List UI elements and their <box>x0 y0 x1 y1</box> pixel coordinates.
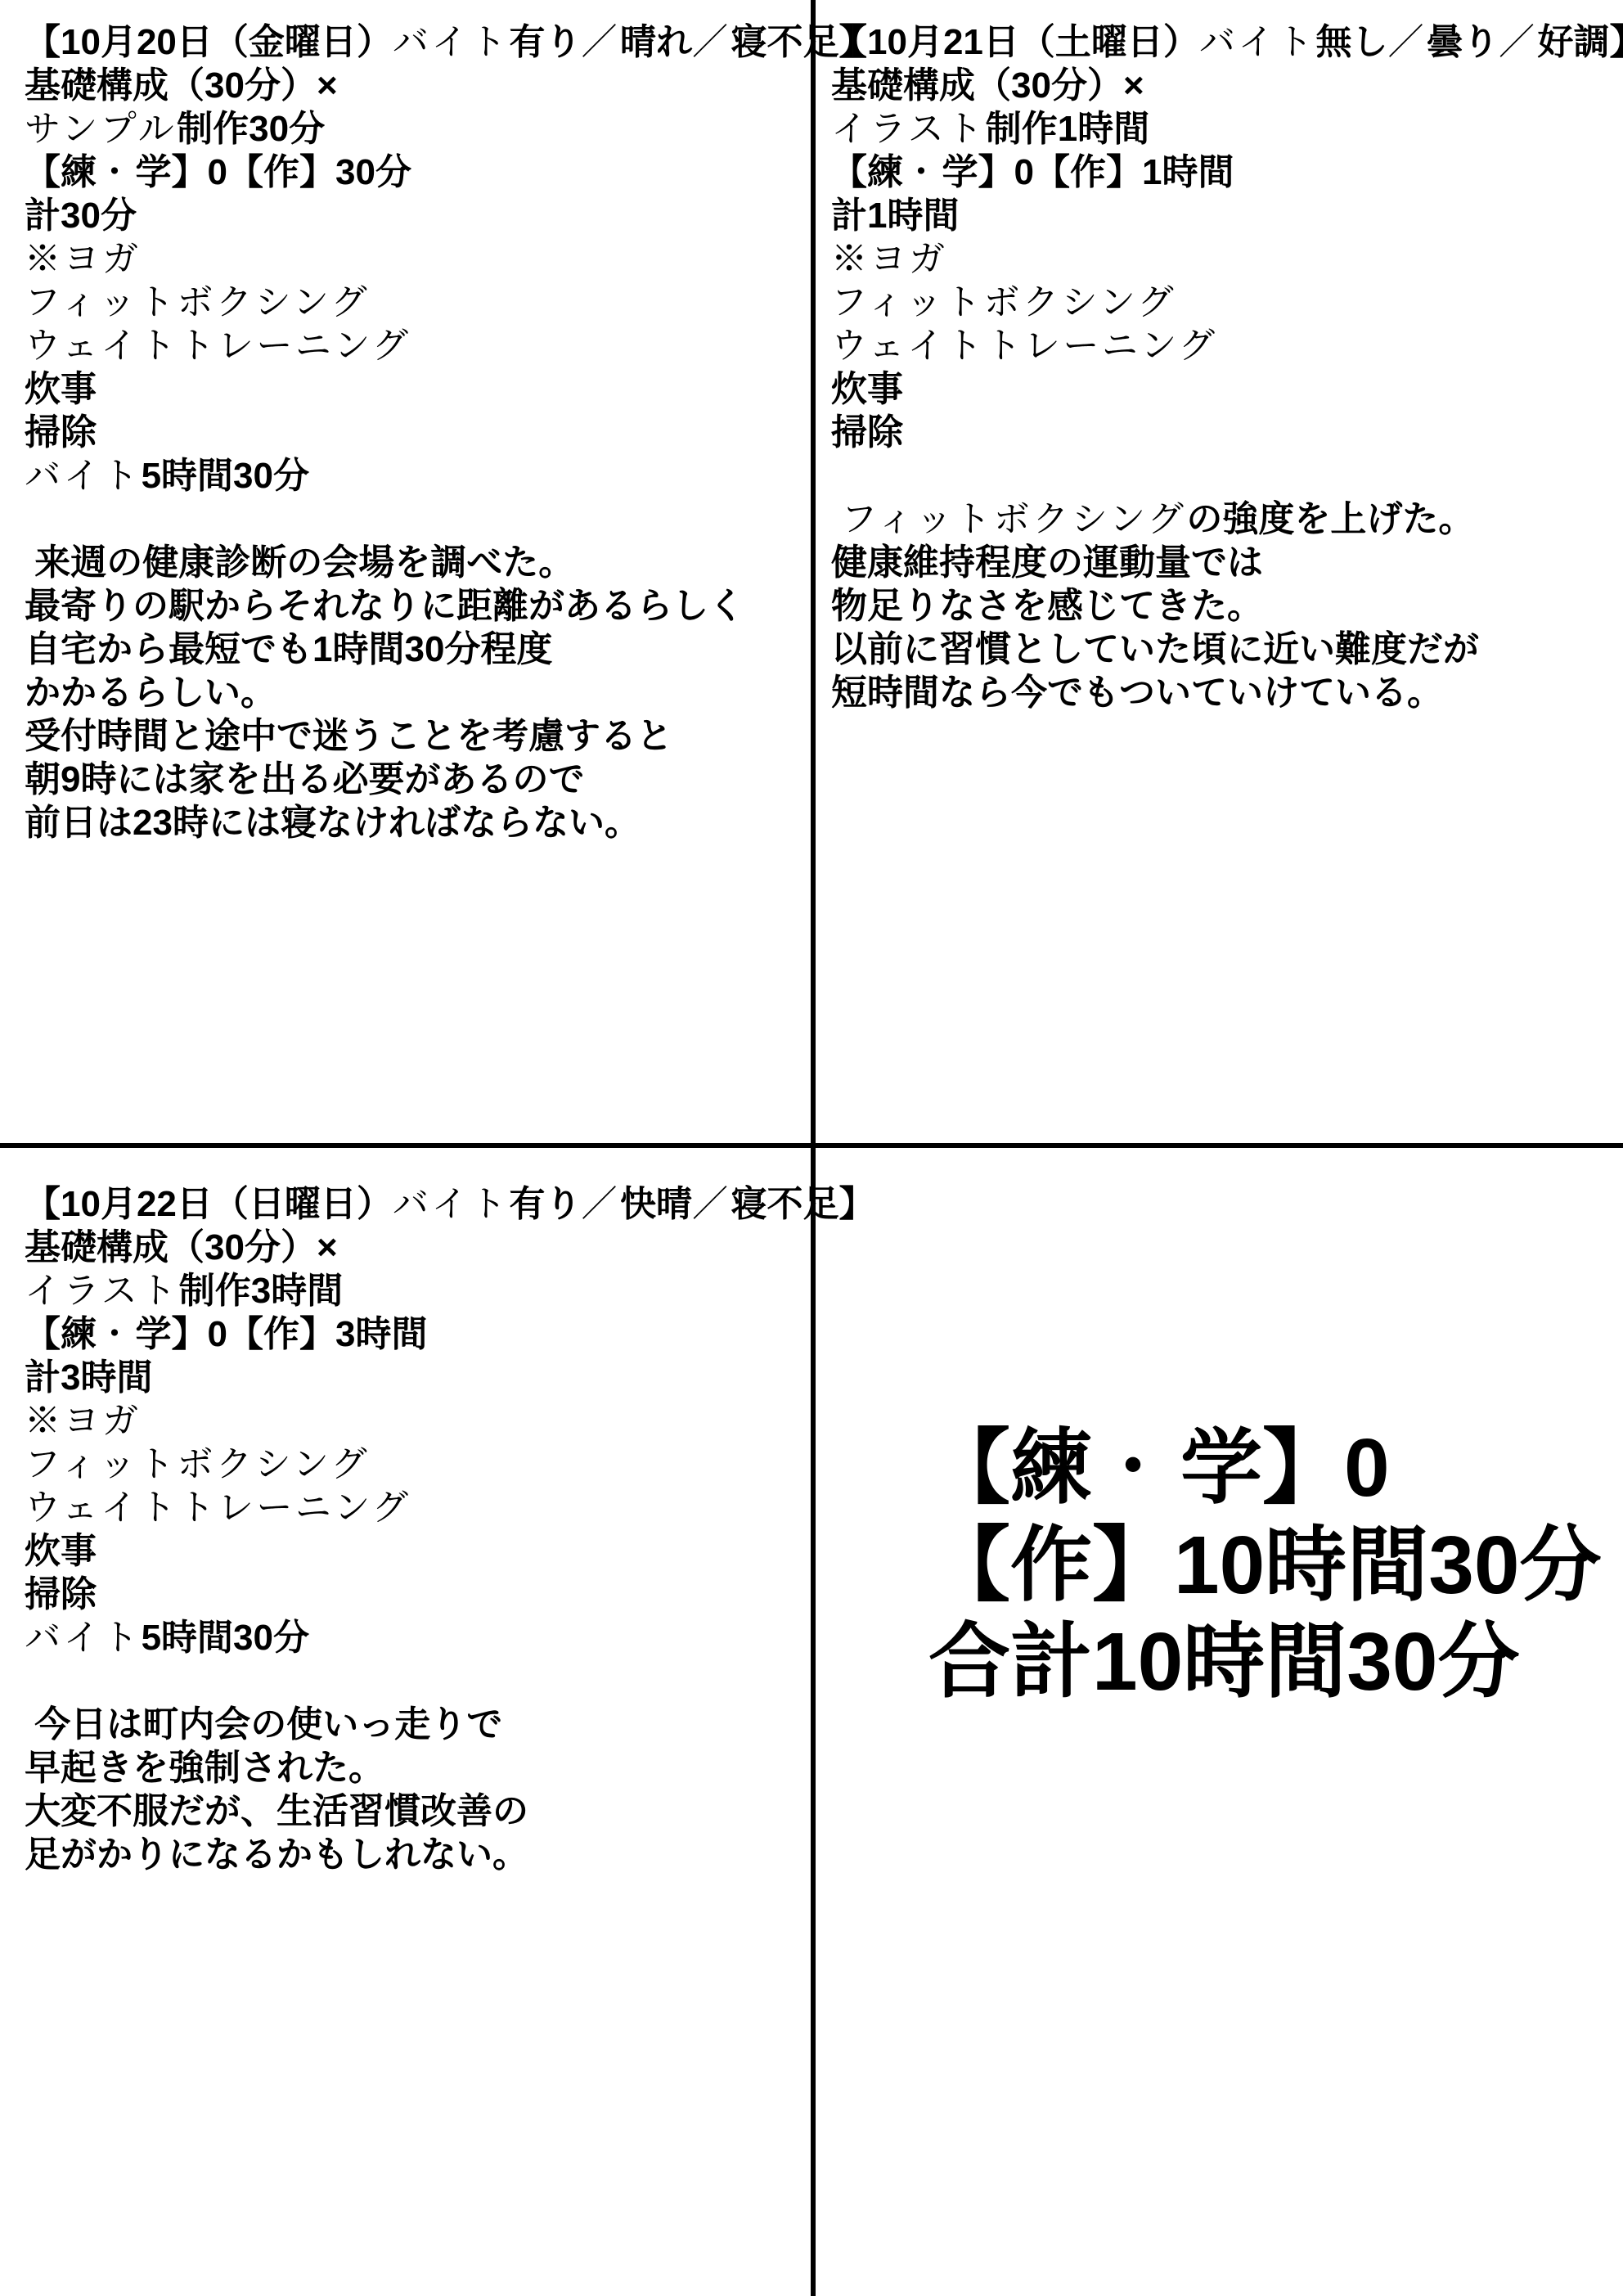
diary-line: 基礎構成（30分）× <box>831 64 1608 107</box>
diary-line: ※ヨガ <box>831 237 1608 281</box>
diary-line: フィットボクシング <box>25 1443 802 1486</box>
diary-line: 【練・学】0【作】1時間 <box>831 151 1608 194</box>
diary-line: かかるらしい。 <box>25 671 802 714</box>
diary-line: バイト5時間30分 <box>25 1616 802 1659</box>
diary-line: 足がかりになるかもしれない。 <box>25 1833 802 1876</box>
diary-line: 【練・学】0 <box>928 1420 1607 1517</box>
diary-entry-oct20: 【10月20日（金曜日）バイト有り／晴れ／寝不足】 基礎構成（30分）×サンプル… <box>25 20 802 844</box>
diary-line: 以前に習慣としていた頃に近い難度だが <box>831 628 1608 671</box>
diary-entry-oct21: 【10月21日（土曜日）バイト無し／曇り／好調】 基礎構成（30分）×イラスト制… <box>831 20 1608 714</box>
diary-line: 受付時間と途中で迷うことを考慮すると <box>25 714 802 758</box>
diary-line: 最寄りの駅からそれなりに距離があるらしく <box>25 584 802 628</box>
diary-line: 大変不服だが、生活習慣改善の <box>25 1790 802 1833</box>
diary-line: 【練・学】0【作】30分 <box>25 151 802 194</box>
diary-line: 基礎構成（30分）× <box>25 1226 802 1269</box>
diary-line: 合計10時間30分 <box>928 1614 1607 1710</box>
diary-line: 計3時間 <box>25 1356 802 1399</box>
diary-line <box>25 1659 802 1703</box>
diary-line: 物足りなさを感じてきた。 <box>831 584 1608 628</box>
diary-line: 前日は23時には寝なければならない。 <box>25 801 802 844</box>
diary-line: ウェイトトレーニング <box>831 324 1608 367</box>
diary-line: ウェイトトレーニング <box>25 1486 802 1529</box>
diary-line <box>25 497 802 541</box>
entry-body: 基礎構成（30分）×イラスト制作3時間【練・学】0【作】3時間計3時間※ヨガフィ… <box>25 1226 802 1876</box>
diary-line <box>831 454 1608 497</box>
diary-line: 計30分 <box>25 194 802 237</box>
diary-line: 自宅から最短でも1時間30分程度 <box>25 628 802 671</box>
diary-line: イラスト制作1時間 <box>831 107 1608 151</box>
entry-date-header: 【10月22日（日曜日）バイト有り／快晴／寝不足】 <box>25 1182 802 1226</box>
diary-line: 【練・学】0【作】3時間 <box>25 1312 802 1356</box>
diary-line: 短時間なら今でもついていけている。 <box>831 671 1608 714</box>
diary-line: 計1時間 <box>831 194 1608 237</box>
diary-line: イラスト制作3時間 <box>25 1269 802 1312</box>
vertical-divider <box>811 0 816 2296</box>
diary-line: ※ヨガ <box>25 1399 802 1443</box>
weekly-total-summary: 【練・学】0【作】10時間30分合計10時間30分 <box>928 1420 1607 1710</box>
horizontal-divider <box>0 1143 1623 1148</box>
diary-line: 掃除 <box>25 1573 802 1616</box>
entry-body: 基礎構成（30分）×サンプル制作30分【練・学】0【作】30分計30分※ヨガフィ… <box>25 64 802 844</box>
diary-line: 健康維持程度の運動量では <box>831 541 1608 584</box>
diary-line: 掃除 <box>831 411 1608 454</box>
diary-entry-oct22: 【10月22日（日曜日）バイト有り／快晴／寝不足】 基礎構成（30分）×イラスト… <box>25 1182 802 1876</box>
diary-line: フィットボクシング <box>25 281 802 324</box>
entry-date-header: 【10月21日（土曜日）バイト無し／曇り／好調】 <box>831 20 1608 64</box>
diary-line: 炊事 <box>831 367 1608 411</box>
diary-line: 朝9時には家を出る必要があるので <box>25 758 802 801</box>
entry-date-header: 【10月20日（金曜日）バイト有り／晴れ／寝不足】 <box>25 20 802 64</box>
diary-line: バイト5時間30分 <box>25 454 802 497</box>
summary-body: 【練・学】0【作】10時間30分合計10時間30分 <box>928 1420 1607 1710</box>
diary-line: 早起きを強制された。 <box>25 1746 802 1790</box>
diary-line: フィットボクシング <box>831 281 1608 324</box>
diary-line: サンプル制作30分 <box>25 107 802 151</box>
diary-line: 【作】10時間30分 <box>928 1517 1607 1614</box>
diary-line: 来週の健康診断の会場を調べた。 <box>25 541 802 584</box>
diary-line: 掃除 <box>25 411 802 454</box>
diary-line: ウェイトトレーニング <box>25 324 802 367</box>
diary-line: 基礎構成（30分）× <box>25 64 802 107</box>
diary-line: ※ヨガ <box>25 237 802 281</box>
diary-line: 炊事 <box>25 367 802 411</box>
diary-line: 炊事 <box>25 1529 802 1573</box>
diary-line: 今日は町内会の使いっ走りで <box>25 1703 802 1746</box>
diary-line: フィットボクシングの強度を上げた。 <box>831 497 1608 541</box>
entry-body: 基礎構成（30分）×イラスト制作1時間【練・学】0【作】1時間計1時間※ヨガフィ… <box>831 64 1608 714</box>
